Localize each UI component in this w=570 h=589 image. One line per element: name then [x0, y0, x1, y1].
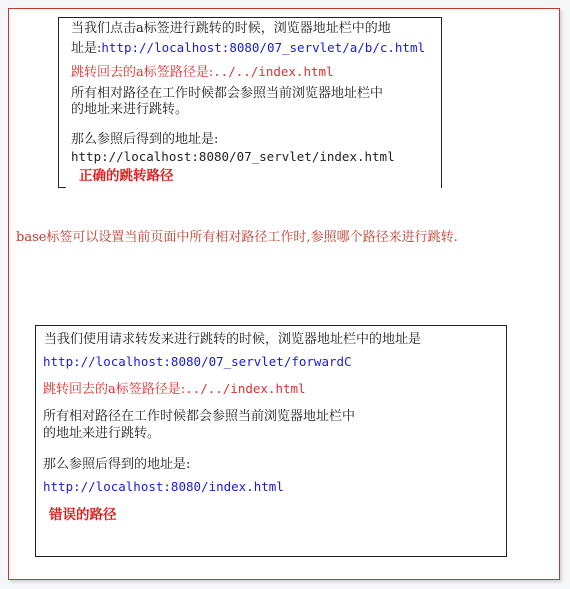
result-label: 那么参照后得到的地址是: — [43, 457, 190, 473]
explanation-line-1: 所有相对路径在工作时候都会参照当前浏览器地址栏中 — [71, 86, 383, 102]
relative-path-line: 跳转回去的a标签路径是:../../index.html — [71, 64, 334, 81]
relative-path-label: 跳转回去的a标签路径是: — [71, 65, 213, 80]
explanation-line-2: 的地址来进行跳转。 — [43, 426, 160, 442]
browser-url: http://localhost:8080/07_servlet/forward… — [43, 354, 352, 370]
base-tag-note: base标签可以设置当前页面中所有相对路径工作时,参照哪个路径来进行跳转. — [16, 229, 546, 246]
intro-text: 当我们点击a标签进行跳转的时候，浏览器地址栏中的地 — [71, 21, 391, 37]
result-url: http://localhost:8080/07_servlet/index.h… — [71, 149, 395, 165]
result-url: http://localhost:8080/index.html — [43, 479, 284, 495]
relative-path-value: ../../index.html — [185, 381, 305, 396]
relative-path-label: 跳转回去的a标签路径是: — [43, 382, 185, 397]
verdict-wrong: 错误的路径 — [49, 507, 117, 523]
explanation-line-1: 所有相对路径在工作时候都会参照当前浏览器地址栏中 — [43, 409, 355, 425]
address-line: 址是:http://localhost:8080/07_servlet/a/b/… — [71, 40, 425, 57]
browser-url: http://localhost:8080/07_servlet/a/b/c.h… — [101, 40, 425, 55]
intro-text: 当我们使用请求转发来进行跳转的时候，浏览器地址栏中的地址是 — [44, 332, 421, 348]
wrong-path-example-box: 当我们使用请求转发来进行跳转的时候，浏览器地址栏中的地址是 http://loc… — [35, 325, 507, 557]
relative-path-value: ../../index.html — [213, 64, 333, 79]
correct-path-example-box: 当我们点击a标签进行跳转的时候，浏览器地址栏中的地 址是:http://loca… — [58, 17, 442, 188]
result-label: 那么参照后得到的地址是: — [71, 132, 218, 148]
explanation-line-2: 的地址来进行跳转。 — [71, 102, 188, 118]
address-label: 址是: — [71, 41, 101, 56]
relative-path-line: 跳转回去的a标签路径是:../../index.html — [43, 381, 306, 398]
verdict-correct: 正确的跳转路径 — [79, 168, 174, 184]
